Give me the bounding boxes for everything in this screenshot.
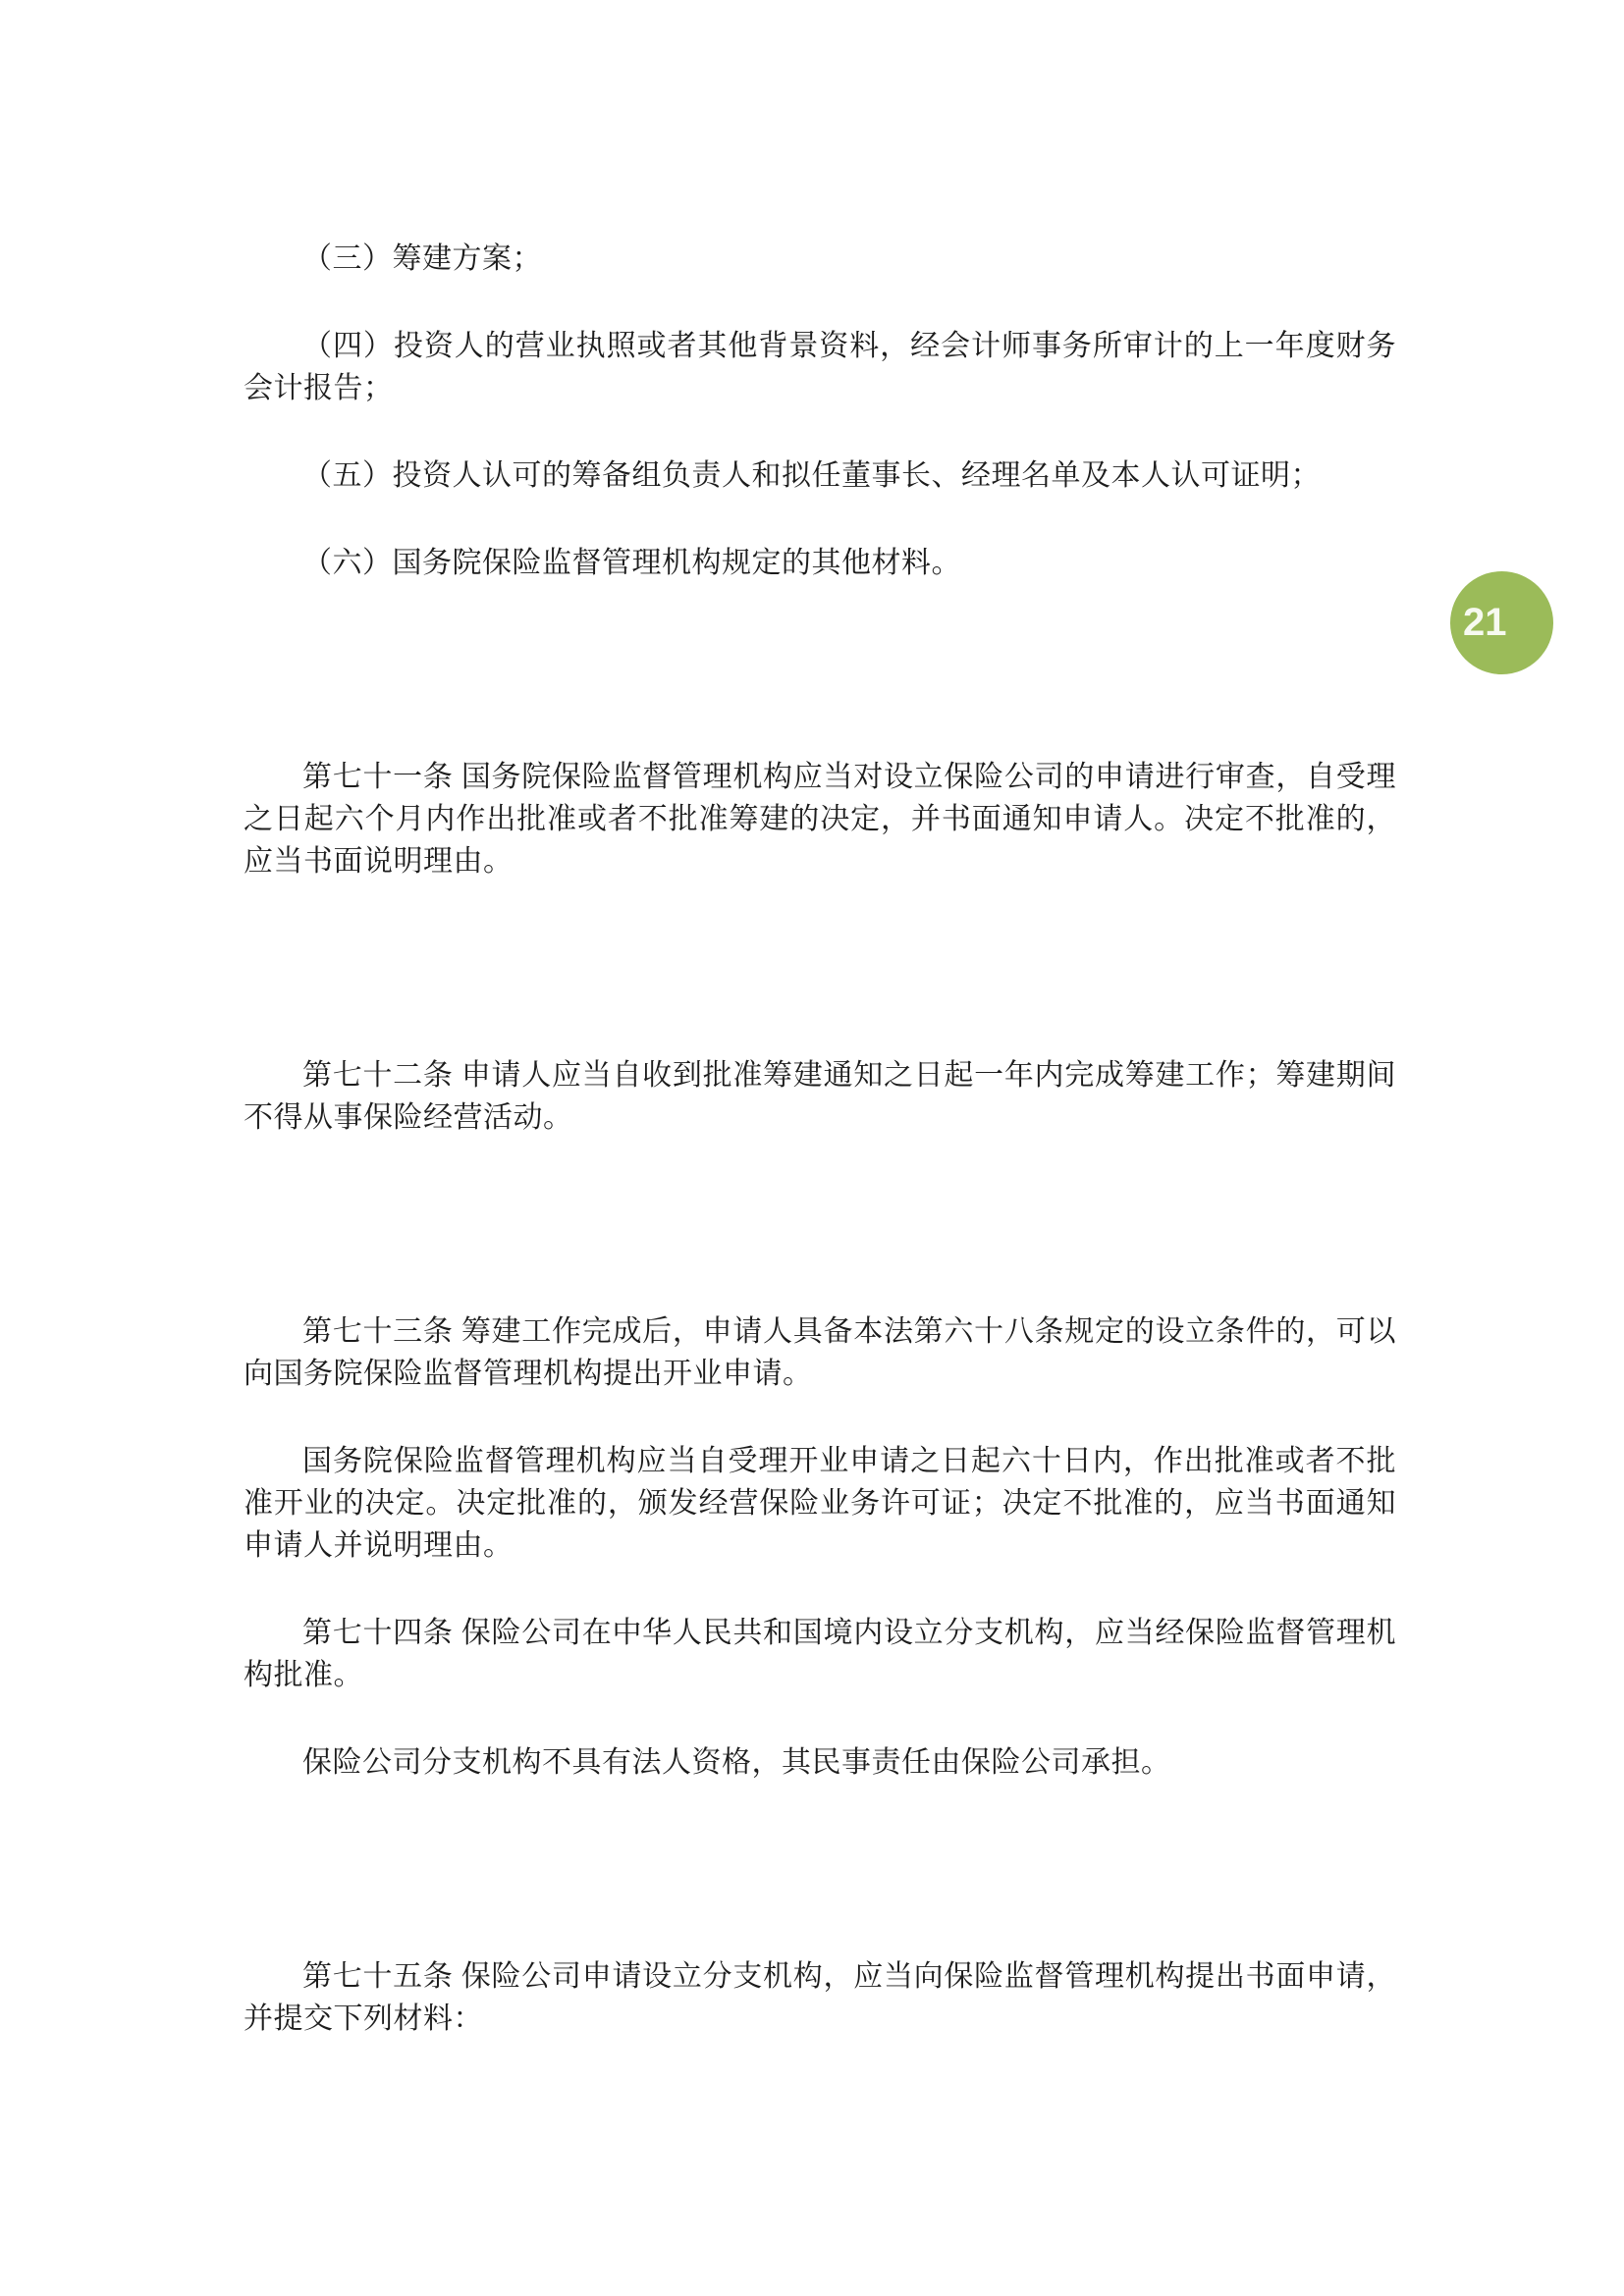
list-item-3-preparation-plan: （三）筹建方案； bbox=[244, 238, 1396, 280]
document-page: 21 （三）筹建方案； （四）投资人的营业执照或者其他背景资料，经会计师事务所审… bbox=[0, 0, 1624, 2296]
article-73-paragraph: 第七十三条 筹建工作完成后，申请人具备本法第六十八条规定的设立条件的，可以向国务… bbox=[244, 1310, 1396, 1395]
article-74-second-paragraph: 保险公司分支机构不具有法人资格，其民事责任由保险公司承担。 bbox=[244, 1741, 1396, 1784]
document-body: （三）筹建方案； （四）投资人的营业执照或者其他背景资料，经会计师事务所审计的上… bbox=[244, 238, 1396, 2040]
article-73-second-paragraph: 国务院保险监督管理机构应当自受理开业申请之日起六十日内，作出批准或者不批准开业的… bbox=[244, 1440, 1396, 1567]
article-74-paragraph: 第七十四条 保险公司在中华人民共和国境内设立分支机构，应当经保险监督管理机构批准… bbox=[244, 1612, 1396, 1696]
page-number-badge: 21 bbox=[1450, 571, 1553, 674]
article-72-paragraph: 第七十二条 申请人应当自收到批准筹建通知之日起一年内完成筹建工作；筹建期间不得从… bbox=[244, 1054, 1396, 1139]
list-item-5-preparatory-leaders: （五）投资人认可的筹备组负责人和拟任董事长、经理名单及本人认可证明； bbox=[244, 454, 1396, 497]
list-item-4-investor-license: （四）投资人的营业执照或者其他背景资料，经会计师事务所审计的上一年度财务会计报告… bbox=[244, 325, 1396, 409]
list-item-6-other-materials: （六）国务院保险监督管理机构规定的其他材料。 bbox=[244, 542, 1396, 584]
article-75-paragraph: 第七十五条 保险公司申请设立分支机构，应当向保险监督管理机构提出书面申请，并提交… bbox=[244, 1955, 1396, 2040]
article-71-paragraph: 第七十一条 国务院保险监督管理机构应当对设立保险公司的申请进行审查，自受理之日起… bbox=[244, 756, 1396, 882]
